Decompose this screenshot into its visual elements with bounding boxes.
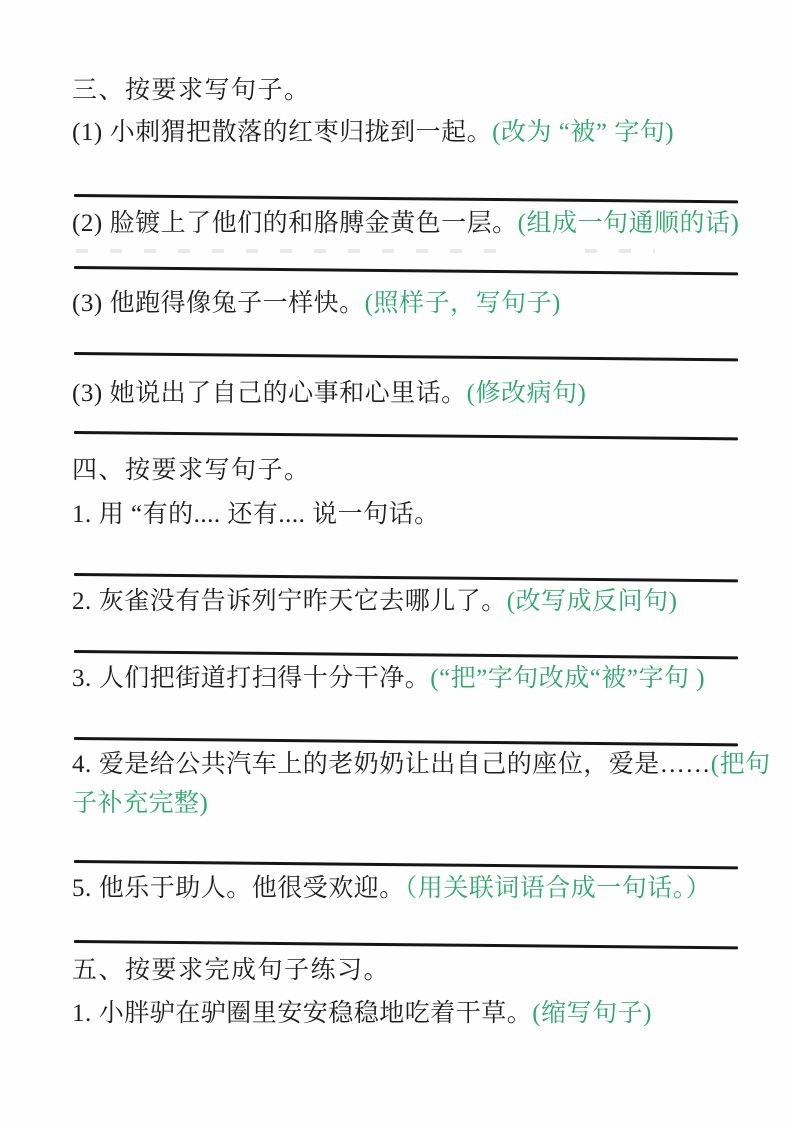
question-text: 脸镀上了他们的和胳膊金黄色一层。 xyxy=(110,210,518,237)
answer-line xyxy=(74,940,738,949)
erased-text-remnant xyxy=(585,249,655,253)
question-text: 人们把街道打扫得十分干净。 xyxy=(99,665,431,692)
question-hint: (把句 xyxy=(711,751,771,778)
question-hint: (“把”字句改成“被”字句 ) xyxy=(430,665,705,692)
question-4-5: 5.他乐于助人。他很受欢迎。（用关联词语合成一句话。） xyxy=(72,874,711,904)
question-hint: (缩写句子) xyxy=(532,1000,652,1027)
section-5-title: 五、按要求完成句子练习。 xyxy=(72,956,390,986)
question-number: 1. xyxy=(72,501,92,528)
question-text: 她说出了自己的心事和心里话。 xyxy=(110,380,467,407)
question-4-3: 3.人们把街道打扫得十分干净。(“把”字句改成“被”字句 ) xyxy=(72,664,705,694)
question-hint: (改写成反问句) xyxy=(507,588,678,615)
question-number: 5. xyxy=(72,875,92,902)
question-text: 他跑得像兔子一样快。 xyxy=(110,290,365,317)
question-text: 用 “有的.... 还有.... 说一句话。 xyxy=(99,501,440,528)
question-number: (1) xyxy=(72,119,103,146)
answer-line xyxy=(74,352,738,361)
worksheet-page: 三、按要求写句子。 (1)小刺猬把散落的红枣归拢到一起。(改为 “被” 字句) … xyxy=(0,0,793,1122)
answer-line xyxy=(74,573,738,582)
question-text: 他乐于助人。他很受欢迎。 xyxy=(99,875,405,902)
question-text: 小胖驴在驴圈里安安稳稳地吃着干草。 xyxy=(99,1000,533,1027)
question-number: 2. xyxy=(72,588,92,615)
question-hint: （用关联词语合成一句话。） xyxy=(405,875,712,902)
question-4-1: 1.用 “有的.... 还有.... 说一句话。 xyxy=(72,500,440,530)
question-hint: (照样子，写句子) xyxy=(365,290,561,317)
question-text: 灰雀没有告诉列宁昨天它去哪儿了。 xyxy=(99,588,507,615)
answer-line xyxy=(74,650,738,659)
question-number: 4. xyxy=(72,751,92,778)
question-number: (3) xyxy=(72,290,103,317)
answer-line xyxy=(74,194,738,203)
question-number: (2) xyxy=(72,210,103,237)
question-3-1: (1)小刺猬把散落的红枣归拢到一起。(改为 “被” 字句) xyxy=(72,118,674,148)
question-3-4: (3)她说出了自己的心事和心里话。(修改病句) xyxy=(72,379,586,409)
erased-text-remnant xyxy=(76,249,506,253)
question-hint: (改为 “被” 字句) xyxy=(492,119,674,146)
answer-line xyxy=(74,431,738,440)
answer-line xyxy=(74,860,738,869)
question-hint: (组成一句通顺的话) xyxy=(518,210,740,237)
question-4-4: 4.爱是给公共汽车上的老奶奶让出自己的座位，爱是……(把句 xyxy=(72,750,771,780)
answer-line xyxy=(74,737,738,746)
question-4-2: 2.灰雀没有告诉列宁昨天它去哪儿了。(改写成反问句) xyxy=(72,587,677,617)
section-3-title: 三、按要求写句子。 xyxy=(72,76,311,106)
question-hint: (修改病句) xyxy=(467,380,587,407)
section-4-title: 四、按要求写句子。 xyxy=(72,456,311,486)
question-text: 爱是给公共汽车上的老奶奶让出自己的座位，爱是…… xyxy=(99,751,711,778)
question-4-4-hint-wrap: 子补充完整) xyxy=(72,789,208,819)
question-number: 3. xyxy=(72,665,92,692)
question-number: 1. xyxy=(72,1000,92,1027)
question-number: (3) xyxy=(72,380,103,407)
answer-line xyxy=(74,266,738,275)
question-3-2: (2)脸镀上了他们的和胳膊金黄色一层。(组成一句通顺的话) xyxy=(72,209,739,239)
question-3-3: (3)他跑得像兔子一样快。(照样子，写句子) xyxy=(72,289,561,319)
question-text: 小刺猬把散落的红枣归拢到一起。 xyxy=(110,119,493,146)
question-5-1: 1.小胖驴在驴圈里安安稳稳地吃着干草。(缩写句子) xyxy=(72,999,652,1029)
